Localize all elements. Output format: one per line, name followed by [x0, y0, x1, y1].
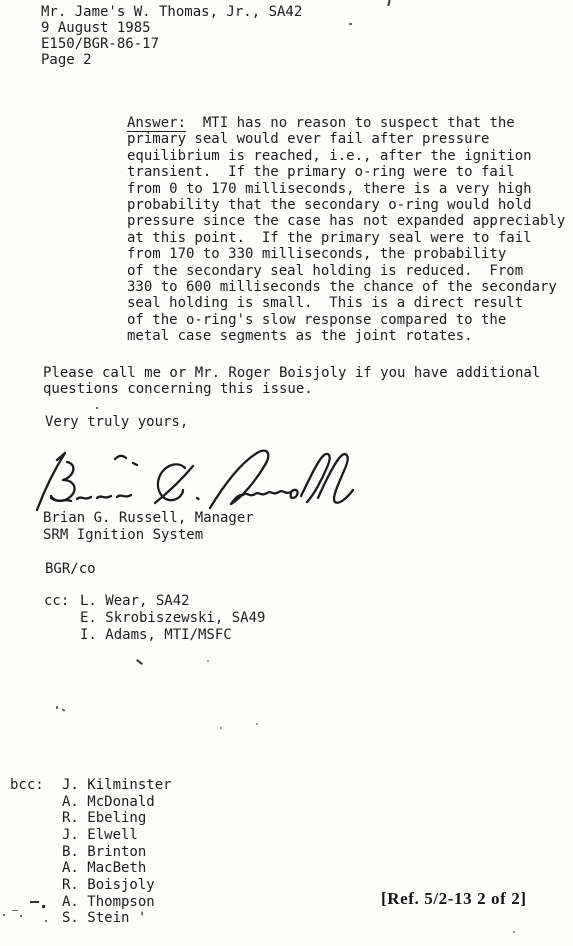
answer-line: 330 to 600 milliseconds the chance of th…	[127, 279, 565, 295]
letter-page: Mr. Jame's W. Thomas, Jr., SA42 9 August…	[0, 0, 573, 946]
bcc-name: A. McDonald	[62, 794, 172, 811]
cc-name: E. Skrobiszewski, SA49	[80, 610, 265, 627]
scan-artifact	[136, 659, 143, 665]
answer-line: metal case segments as the joint rotates…	[127, 328, 565, 344]
scan-artifact	[256, 723, 258, 725]
bcc-name: A. MacBeth	[62, 860, 172, 877]
scan-artifact	[513, 931, 515, 933]
bcc-list: J. Kilminster A. McDonald R. Ebeling J. …	[62, 777, 172, 927]
reference-initials: BGR/co	[45, 561, 96, 577]
scan-artifact	[45, 920, 47, 922]
answer-line: of the secondary seal holding is reduced…	[127, 263, 565, 279]
answer-paragraph: Answer: MTI has no reason to suspect tha…	[127, 115, 565, 345]
signature-stroke	[155, 466, 193, 503]
answer-line: seal holding is small. This is a direct …	[127, 295, 565, 311]
bcc-name: J. Elwell	[62, 827, 172, 844]
bcc-name: R. Ebeling	[62, 810, 172, 827]
recipient-line: Mr. Jame's W. Thomas, Jr., SA42	[41, 5, 302, 21]
answer-line: transient. If the primary o-ring were to…	[127, 164, 565, 180]
answer-line: from 0 to 170 milliseconds, there is a v…	[127, 181, 565, 197]
answer-line: probability that the secondary o-ring wo…	[127, 197, 565, 213]
answer-line: primary seal would ever fail after press…	[127, 131, 565, 147]
answer-line: from 170 to 330 milliseconds, the probab…	[127, 246, 565, 262]
letter-header: Mr. Jame's W. Thomas, Jr., SA42 9 August…	[41, 5, 302, 69]
bcc-label: bcc:	[10, 777, 44, 793]
scan-artifact	[12, 910, 18, 911]
signature-stroke	[51, 462, 75, 501]
cc-name: L. Wear, SA42	[80, 593, 265, 610]
page-number-line: Page 2	[41, 53, 302, 69]
reference-stamp: [Ref. 5/2-13 2 of 2]	[381, 889, 527, 909]
scan-artifact	[62, 708, 66, 711]
bcc-name: B. Brinton	[62, 844, 172, 861]
cc-label: cc:	[44, 593, 69, 609]
answer-label: Answer:	[127, 115, 186, 132]
scan-artifact	[220, 727, 222, 729]
answer-line: Answer: MTI has no reason to suspect tha…	[127, 115, 565, 131]
bcc-name: S. Stein '	[62, 910, 172, 927]
answer-line: of the o-ring's slow response compared t…	[127, 312, 565, 328]
signature-stroke	[158, 464, 185, 500]
answer-line: at this point. If the primary seal were …	[127, 230, 565, 246]
scan-artifact	[56, 706, 58, 709]
answer-line-text: MTI has no reason to suspect that the	[186, 115, 515, 131]
signer-department: SRM Ignition System	[43, 527, 203, 543]
signature-stroke	[301, 454, 330, 502]
scan-artifact	[207, 660, 209, 662]
answer-line: equilibrium is reached, i.e., after the …	[127, 148, 565, 164]
scan-artifact	[3, 914, 5, 916]
scan-artifact	[42, 905, 45, 908]
signature-stroke	[51, 495, 131, 501]
signature-stroke	[115, 456, 137, 465]
signature-stroke	[210, 451, 268, 508]
scan-artifact	[30, 901, 39, 903]
closing-paragraph: Please call me or Mr. Roger Boisjoly if …	[43, 366, 540, 398]
valediction: Very truly yours,	[45, 414, 188, 430]
signature-stroke	[197, 498, 199, 499]
signer-name-title: Brian G. Russell, Manager	[43, 510, 254, 526]
date-line: 9 August 1985	[41, 21, 302, 37]
scan-artifact	[96, 407, 98, 409]
cc-name: I. Adams, MTI/MSFC	[80, 627, 265, 644]
bcc-name: R. Boisjoly	[62, 877, 172, 894]
signature-stroke	[243, 490, 298, 498]
scan-artifact	[387, 0, 390, 6]
scan-artifact	[349, 23, 352, 25]
answer-line: pressure since the case has not expanded…	[127, 213, 565, 229]
bcc-name: J. Kilminster	[62, 777, 172, 794]
cc-list: L. Wear, SA42 E. Skrobiszewski, SA49 I. …	[80, 593, 265, 644]
reference-number-line: E150/BGR-86-17	[41, 37, 302, 53]
bcc-name: A. Thompson	[62, 894, 172, 911]
scan-artifact	[20, 915, 22, 917]
